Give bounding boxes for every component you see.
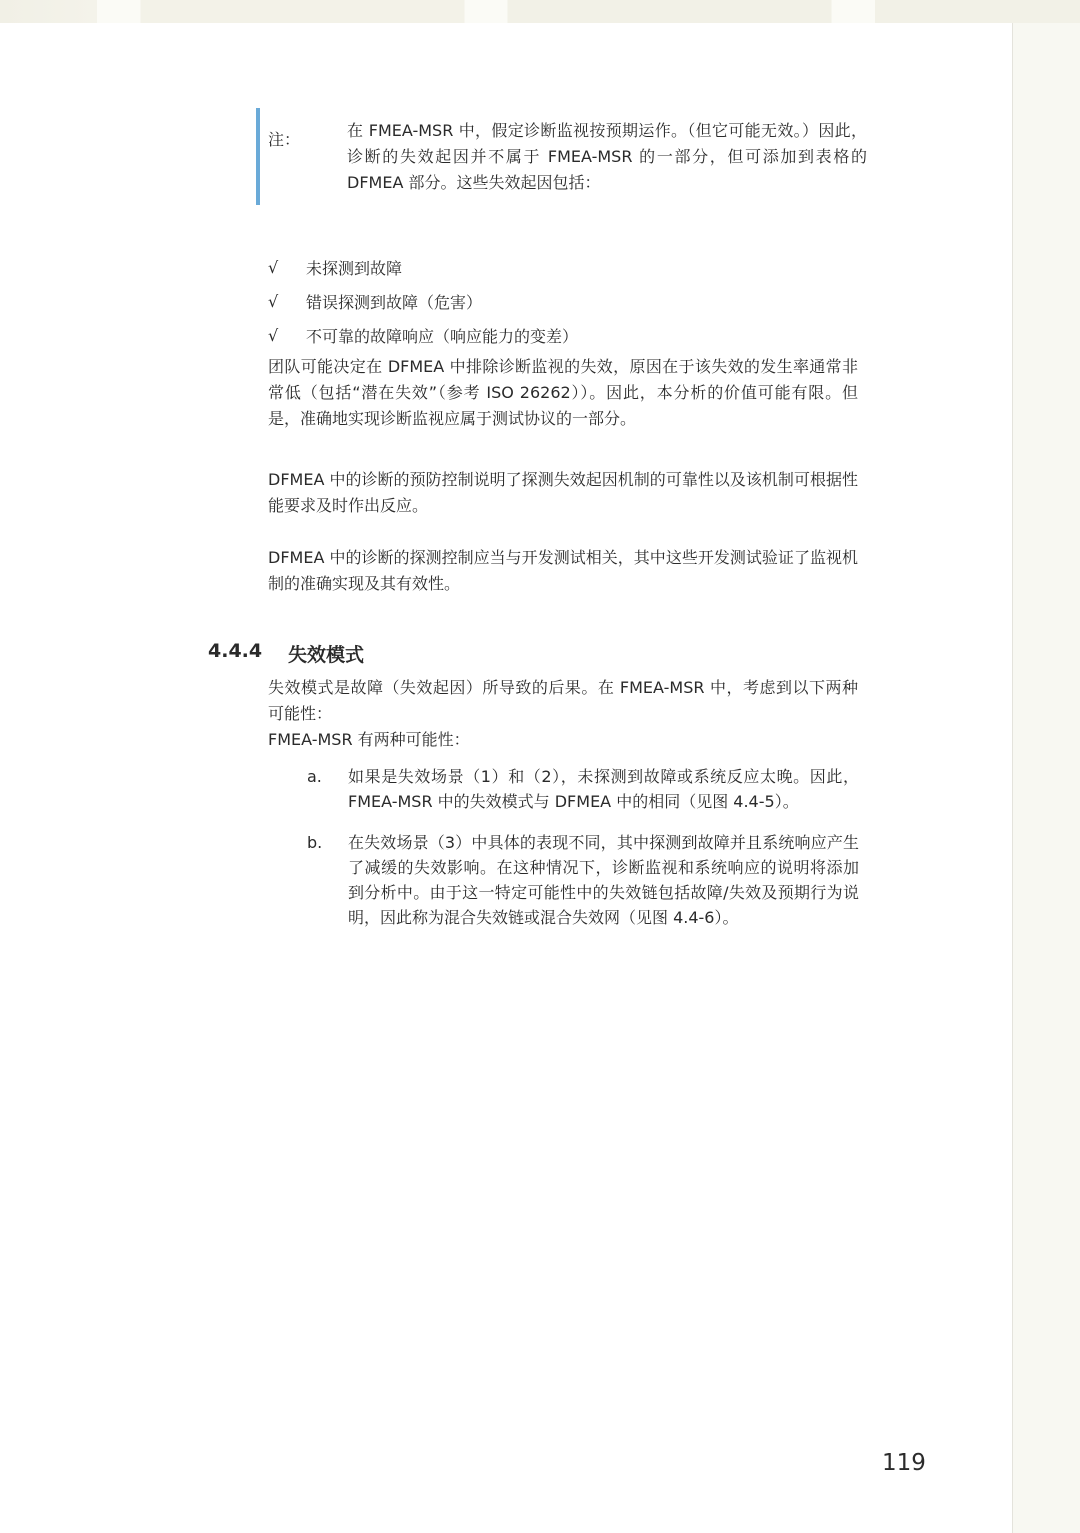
list-item: a. 如果是失效场景（1）和（2），未探测到故障或系统反应太晚。因此，FMEA-… — [307, 764, 859, 814]
scan-top-edge — [0, 0, 1080, 24]
list-item-text: 在失效场景（3）中具体的表现不同，其中探测到故障并且系统响应产生了减缓的失效影响… — [348, 830, 859, 930]
check-icon: √ — [268, 292, 306, 311]
note-text: 在 FMEA-MSR 中，假定诊断监视按预期运作。（但它可能无效。）因此，诊断的… — [347, 118, 867, 196]
check-icon: √ — [268, 258, 306, 277]
paragraph-exclude-diagnostics: 团队可能决定在 DFMEA 中排除诊断监视的失效，原因在于该失效的发生率通常非常… — [268, 354, 858, 432]
list-item-marker: b. — [307, 830, 348, 930]
checklist-item: √ 未探测到故障 — [268, 250, 868, 284]
checklist-item: √ 错误探测到故障（危害） — [268, 284, 868, 318]
section-heading: 4.4.4 失效模式 — [208, 640, 364, 667]
section-intro-2: FMEA-MSR 有两种可能性： — [268, 727, 858, 753]
check-icon: √ — [268, 326, 306, 345]
checklist-item-text: 未探测到故障 — [306, 256, 402, 279]
note-accent-bar — [256, 108, 260, 205]
checklist-item: √ 不可靠的故障响应（响应能力的变差） — [268, 318, 868, 352]
paragraph-prevention-control: DFMEA 中的诊断的预防控制说明了探测失效起因机制的可靠性以及该机制可根据性能… — [268, 467, 858, 519]
scan-right-margin — [1013, 23, 1080, 1533]
section-intro: 失效模式是故障（失效起因）所导致的后果。在 FMEA-MSR 中，考虑到以下两种… — [268, 675, 858, 727]
checklist-item-text: 错误探测到故障（危害） — [306, 290, 482, 313]
section-title: 失效模式 — [288, 640, 364, 667]
list-item: b. 在失效场景（3）中具体的表现不同，其中探测到故障并且系统响应产生了减缓的失… — [307, 830, 859, 930]
paragraph-detection-control: DFMEA 中的诊断的探测控制应当与开发测试相关，其中这些开发测试验证了监视机制… — [268, 545, 858, 597]
possibility-list: a. 如果是失效场景（1）和（2），未探测到故障或系统反应太晚。因此，FMEA-… — [307, 764, 859, 946]
list-item-text: 如果是失效场景（1）和（2），未探测到故障或系统反应太晚。因此，FMEA-MSR… — [348, 764, 859, 814]
failure-cause-checklist: √ 未探测到故障 √ 错误探测到故障（危害） √ 不可靠的故障响应（响应能力的变… — [268, 250, 868, 352]
note-label: 注： — [268, 127, 300, 150]
section-number: 4.4.4 — [208, 640, 288, 667]
page-number: 119 — [882, 1450, 926, 1476]
note-block: 注： 在 FMEA-MSR 中，假定诊断监视按预期运作。（但它可能无效。）因此，… — [256, 108, 866, 205]
list-item-marker: a. — [307, 764, 348, 814]
checklist-item-text: 不可靠的故障响应（响应能力的变差） — [306, 324, 578, 347]
